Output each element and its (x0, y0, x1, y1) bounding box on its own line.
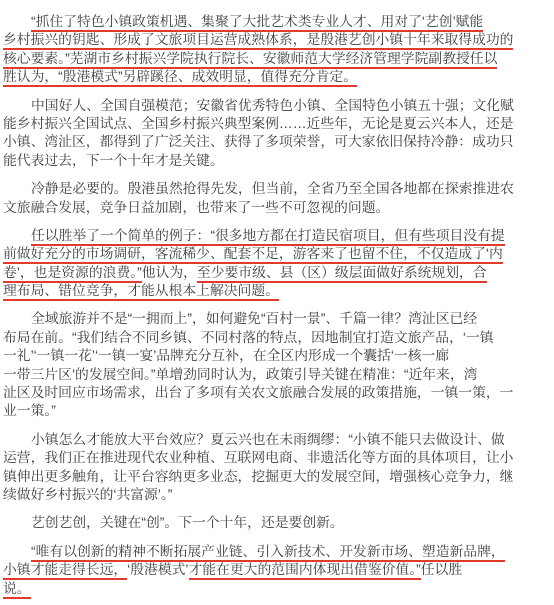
red-underlined-text: 胜认为，“殷港模式”另辟蹊径、成效明显，值得充分肯定。 (3, 69, 357, 87)
text-segment: 镇伸出更多触角，让平台容纳更多业态，挖掘更大的发展空间，增强核心竞争力，继 (3, 469, 513, 484)
text-segment: 艺创艺创，关键在“创”。下一个十年，还是要创新。 (31, 515, 344, 530)
text-line: 运营，我们正在推进现代农业种植、互联网电商、非遗活化等方面的具体项目，让小 (3, 449, 550, 467)
text-segment: 布局在前。“我们结合不同乡镇、不同村落的特点，因地制宜打造文旅产品，‘一镇 (3, 330, 494, 345)
red-underlined-text: “抓住了特色小镇政策机遇、集聚了大批艺术类专业人才、用对了‘艺创’赋能 (31, 14, 483, 32)
text-line: 理布局、错位竞争，才能从根本上解决问题。 (3, 282, 550, 300)
paragraph: 中国好人、全国自强模范；安徽省优秀特色小镇、全国特色小镇五十强；文化赋能乡村振兴… (3, 97, 550, 171)
text-line: 核心要素。”芜湖市乡村振兴学院执行院长、安徽师范大学经济管理学院副教授任以 (3, 50, 550, 68)
text-segment: 一带三片区’的发展空间。”单增劲同时认为，政策引导关键在精准：“近年来，湾 (3, 367, 477, 382)
red-underlined-text: 核心要素。”芜湖市乡村振兴学院执行院长、安徽师范大学经济管理学院副教授任以 (3, 51, 497, 69)
text-line: 镇伸出更多触角，让平台容纳更多业态，挖掘更大的发展空间，增强核心竞争力，继 (3, 468, 550, 486)
paragraph: 小镇怎么才能放大平台效应？夏云兴也在未雨绸缪：“小镇不能只去做设计、做运营，我们… (3, 431, 550, 505)
text-segment: 续做好乡村振兴的‘共富源’。” (3, 487, 172, 502)
text-line: 任以胜举了一个简单的例子：“很多地方都在打造民宿项目，但有些项目没有提 (3, 227, 550, 245)
red-underlined-text: 任以胜举了一个简单的例子：“很多地方都在打造民宿项目，但有些项目没有提 (31, 228, 505, 246)
text-segment: 能乡村振兴全国试点、全国乡村振兴典型案例……近些年，无论是夏云兴本人，还是 (3, 116, 513, 131)
text-segment: 任以胜 (421, 562, 462, 577)
text-line: 乡村振兴的钥匙、形成了文旅项目运营成熟体系，是殷港艺创小镇十年来取得成功的 (3, 31, 550, 49)
text-line: 文旅融合发展，竞争日益加剧，也带来了一些不可忽视的问题。 (3, 199, 550, 217)
paragraph: 冷静是必要的。殷港虽然抢得先发，但当前，全省乃至全国各地都在探索推进农文旅融合发… (3, 180, 550, 217)
paragraph: 任以胜举了一个简单的例子：“很多地方都在打造民宿项目，但有些项目没有提前做好充分… (3, 227, 550, 301)
text-line: 全域旅游并不是“一拥而上”，如何避免“百村一景”、千篇一律？湾沚区已经 (3, 310, 550, 328)
paragraph: 全域旅游并不是“一拥而上”，如何避免“百村一景”、千篇一律？湾沚区已经布局在前。… (3, 310, 550, 420)
text-segment: 沚区及时回应市场需求，出台了多项有关农文旅融合发展的政策措施，一镇一策，一 (3, 385, 513, 400)
text-line: 续做好乡村振兴的‘共富源’。” (3, 486, 550, 504)
text-segment: 全域旅游并不是“一拥而上”，如何避免“百村一景”、千篇一律？湾沚区已经 (31, 311, 477, 326)
red-underlined-text: 说。 (3, 581, 31, 599)
text-segment: 他认为， (142, 265, 197, 280)
red-underlined-text: 卷’，也是资源的浪费。” (3, 265, 142, 283)
text-segment: 中国好人、全国自强模范；安徽省优秀特色小镇、全国特色小镇五十强；文化赋 (31, 98, 514, 113)
red-underlined-text: “唯有以创新的精神不断拓展产业链、引入新技术、开发新市场、塑造新品牌， (31, 544, 505, 562)
red-underlined-text: 才能在更大的范围内体现出借鉴价值。” (189, 562, 421, 580)
text-segment: 小镇怎么才能放大平台效应？夏云兴也在未雨绸缪：“小镇不能只去做设计、做 (31, 432, 505, 447)
text-line: 能代表过去，下一个十年才是关键。 (3, 152, 550, 170)
text-line: 业一策。” (3, 402, 550, 420)
text-line: 艺创艺创，关键在“创”。下一个十年，还是要创新。 (3, 514, 550, 532)
text-line: 能乡村振兴全国试点、全国乡村振兴典型案例……近些年，无论是夏云兴本人，还是 (3, 115, 550, 133)
text-segment: 文旅融合发展，竞争日益加剧，也带来了一些不可忽视的问题。 (3, 200, 389, 215)
text-line: 小镇才能走得长远，‘殷港模式’才能在更大的范围内体现出借鉴价值。”任以胜 (3, 561, 550, 579)
text-line: 胜认为，“殷港模式”另辟蹊径、成效明显，值得充分肯定。 (3, 68, 550, 86)
text-line: 一带三片区’的发展空间。”单增劲同时认为，政策引导关键在精准：“近年来，湾 (3, 366, 550, 384)
text-segment: ‘殷港模式’ (127, 562, 188, 577)
paragraph: “唯有以创新的精神不断拓展产业链、引入新技术、开发新市场、塑造新品牌，小镇才能走… (3, 543, 550, 598)
text-line: 小镇、湾沚区，都得到了广泛关注、获得了多项荣誉，可大家依旧保持冷静：成功只 (3, 133, 550, 151)
text-line: “抓住了特色小镇政策机遇、集聚了大批艺术类专业人才、用对了‘艺创’赋能 (3, 13, 550, 31)
paragraph: 艺创艺创，关键在“创”。下一个十年，还是要创新。 (3, 514, 550, 532)
text-line: 小镇怎么才能放大平台效应？夏云兴也在未雨绸缪：“小镇不能只去做设计、做 (3, 431, 550, 449)
text-segment: 运营，我们正在推进现代农业种植、互联网电商、非遗活化等方面的具体项目，让小 (3, 450, 513, 465)
text-segment: 小镇、湾沚区，都得到了广泛关注、获得了多项荣誉，可大家依旧保持冷静：成功只 (3, 134, 513, 149)
text-line: 一礼’‘一镇一花’‘一镇一宴’品牌充分互补，在全区内形成一个囊括‘一核一廊 (3, 347, 550, 365)
red-underlined-text: 小镇才能走得长远， (3, 562, 127, 580)
red-underlined-text: 前做好充分的市场调研，客流稀少、配套不足，游客来了也留不住，不仅造成了‘内 (3, 246, 503, 264)
text-line: 布局在前。“我们结合不同乡镇、不同村落的特点，因地制宜打造文旅产品，‘一镇 (3, 329, 550, 347)
red-underlined-text: 至少要市级、县（区）级层面做好系统规划，合 (197, 265, 487, 283)
text-line: 卷’，也是资源的浪费。”他认为，至少要市级、县（区）级层面做好系统规划，合 (3, 264, 550, 282)
text-line: “唯有以创新的精神不断拓展产业链、引入新技术、开发新市场、塑造新品牌， (3, 543, 550, 561)
text-segment: 能代表过去，下一个十年才是关键。 (3, 153, 224, 168)
text-line: 前做好充分的市场调研，客流稀少、配套不足，游客来了也留不住，不仅造成了‘内 (3, 245, 550, 263)
text-line: 沚区及时回应市场需求，出台了多项有关农文旅融合发展的政策措施，一镇一策，一 (3, 384, 550, 402)
text-line: 说。 (3, 580, 550, 598)
text-segment: 业一策。” (3, 403, 56, 418)
red-underlined-text: 理布局、错位竞争，才能从根本上解决问题。 (3, 283, 279, 301)
text-line: 冷静是必要的。殷港虽然抢得先发，但当前，全省乃至全国各地都在探索推进农 (3, 180, 550, 198)
paragraph: “抓住了特色小镇政策机遇、集聚了大批艺术类专业人才、用对了‘艺创’赋能乡村振兴的… (3, 13, 550, 87)
text-segment: 一礼’‘一镇一花’‘一镇一宴’品牌充分互补，在全区内形成一个囊括‘一核一廊 (3, 348, 449, 363)
text-segment: 冷静是必要的。殷港虽然抢得先发，但当前，全省乃至全国各地都在探索推进农 (31, 181, 514, 196)
red-underlined-text: 乡村振兴的钥匙、形成了文旅项目运营成熟体系，是殷港艺创小镇十年来取得成功的 (3, 32, 513, 50)
article: “抓住了特色小镇政策机遇、集聚了大批艺术类专业人才、用对了‘艺创’赋能乡村振兴的… (0, 0, 554, 605)
text-line: 中国好人、全国自强模范；安徽省优秀特色小镇、全国特色小镇五十强；文化赋 (3, 97, 550, 115)
